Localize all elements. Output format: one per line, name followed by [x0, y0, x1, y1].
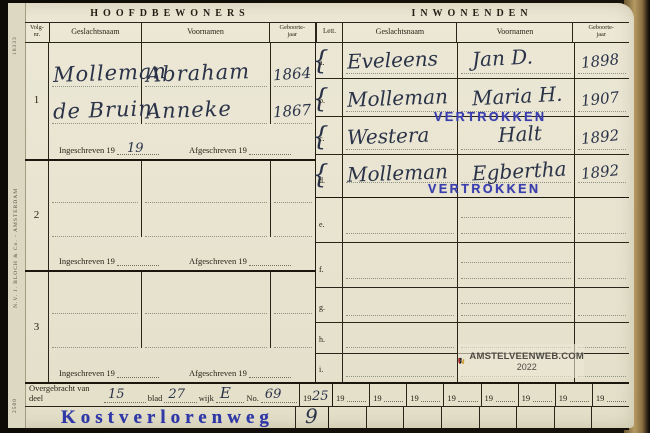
column-header-geslachtsnaam-left: Geslachtsnaam	[50, 22, 142, 42]
overgebracht-row: Overgebracht van deel 15 blad 27 wijk E …	[25, 384, 629, 407]
form-serial-number: 16333	[12, 36, 18, 55]
inwonende-row-g: g.	[316, 288, 629, 323]
name-entry: Anneke	[146, 97, 233, 124]
column-headers: Volg-nr. Geslachtsnaam Voornamen Geboort…	[25, 22, 629, 43]
column-header-geslachtsnaam-right: Geslachtsnaam	[343, 22, 457, 42]
year-entry: 1864	[272, 64, 311, 85]
section-titles: HOOFDBEWONERS INWONENDEN	[25, 5, 629, 23]
lett-label: b.	[319, 96, 325, 105]
inwonende-row-a: {a. Eveleens Jan D. 1898	[316, 42, 629, 79]
watermark-year: 2022	[469, 362, 584, 372]
register-page: 16333 N.V. J. BLOCH & Co. - AMSTERDAM 25…	[8, 3, 634, 428]
street-stamp: Kostverlorenweg	[61, 407, 274, 429]
name-entry: Abraham	[146, 59, 251, 87]
lett-label: h.	[319, 335, 325, 344]
volgnr-cell: 3	[25, 272, 49, 382]
inwonenden-title: INWONENDEN	[315, 5, 629, 22]
ingeschreven-field: Ingeschreven 19	[49, 362, 175, 382]
print-run-number: 2500	[12, 398, 18, 413]
column-header-geboortejaar-right: Geboorte-jaar	[573, 22, 629, 42]
year-entry: 1898	[580, 50, 620, 72]
lett-label: i.	[319, 365, 323, 374]
printer-imprint: N.V. J. BLOCH & Co. - AMSTERDAM	[13, 188, 19, 308]
inwonende-row-e: e.	[316, 198, 629, 243]
hoofdbewoner-block-1: 1 Molleman Abraham 1864 de Bruin Anneke …	[25, 42, 315, 161]
inwonende-row-f: f.	[316, 243, 629, 288]
lett-label: c.	[319, 134, 325, 143]
name-entry: Maria H.	[471, 82, 563, 111]
volgnr-cell: 1	[25, 42, 49, 159]
blad-value: 27	[168, 387, 185, 402]
name-entry: Westera	[347, 123, 430, 150]
lett-label: g.	[319, 303, 325, 312]
no-value: 69	[265, 387, 282, 402]
year-entry: 1867	[272, 101, 311, 122]
year-entry: 1892	[580, 126, 620, 148]
inwonende-row-b: {b. Molleman Maria H. 1907 VERTROKKEN	[316, 79, 629, 117]
ingeschreven-value: 19	[127, 141, 144, 156]
vertrokken-stamp: VERTROKKEN	[428, 182, 541, 196]
amstelveen-coat-of-arms-icon	[458, 347, 465, 375]
ingeschreven-field: Ingeschreven 19	[49, 250, 175, 270]
watermark: AMSTELVEENWEB.COM 2022	[458, 344, 584, 378]
afgeschreven-field: Afgeschreven 19	[175, 139, 315, 159]
deel-value: 15	[108, 387, 125, 402]
year-entry: 1892	[580, 161, 620, 183]
lett-label: d.	[319, 176, 325, 185]
lett-label: f.	[319, 265, 324, 274]
overgebracht-label: Overgebracht van deel	[29, 383, 102, 403]
column-header-volgnr: Volg-nr.	[25, 22, 50, 42]
year-field: 19 25	[299, 384, 333, 406]
overgebracht-field: Overgebracht van deel 15 blad 27 wijk E …	[25, 384, 299, 406]
binding-strip: 16333 N.V. J. BLOCH & Co. - AMSTERDAM 25…	[8, 3, 26, 428]
year-repeat-cells: 19 19 19 19 19 19 19 19	[333, 384, 629, 406]
column-header-lett: Lett.	[316, 22, 344, 42]
name-entry: Jan D.	[471, 45, 533, 72]
street-row: Kostverlorenweg 9	[25, 407, 629, 430]
afgeschreven-field: Afgeschreven 19	[175, 362, 315, 382]
afgeschreven-field: Afgeschreven 19	[175, 250, 315, 270]
name-entry: Eveleens	[347, 47, 439, 74]
wijk-value: E	[220, 384, 231, 402]
vertrokken-stamp: VERTROKKEN	[434, 110, 547, 124]
ingeschreven-field: Ingeschreven 19 19	[49, 139, 175, 159]
column-header-geboortejaar-left: Geboorte-jaar	[270, 22, 316, 42]
scanned-register-card: 16333 N.V. J. BLOCH & Co. - AMSTERDAM 25…	[0, 0, 650, 433]
hoofdbewoner-block-3: 3	[25, 272, 315, 382]
year-value: 25	[312, 389, 329, 404]
inwonende-row-d: {d. Molleman Egbertha 1892 VERTROKKEN	[316, 155, 629, 198]
name-entry: Molleman	[347, 84, 449, 112]
hoofdbewoner-block-2: 2	[25, 161, 315, 273]
watermark-site: AMSTELVEENWEB.COM	[469, 351, 584, 362]
name-entry: Halt	[497, 121, 542, 147]
bottom-band: Overgebracht van deel 15 blad 27 wijk E …	[25, 382, 629, 428]
column-header-voornamen-right: Voornamen	[457, 22, 573, 42]
lett-label: a.	[319, 58, 325, 67]
year-entry: 1907	[580, 88, 620, 110]
hoofdbewoners-section: 1 Molleman Abraham 1864 de Bruin Anneke …	[25, 42, 316, 382]
volgnr-cell: 2	[25, 161, 49, 271]
hoofdbewoners-title: HOOFDBEWONERS	[25, 5, 315, 22]
inwonenden-section: {a. Eveleens Jan D. 1898 {b. Molleman Ma…	[316, 42, 629, 382]
lett-label: e.	[319, 220, 325, 229]
name-entry: de Bruin	[53, 96, 154, 123]
table-body: 1 Molleman Abraham 1864 de Bruin Anneke …	[25, 42, 629, 382]
column-header-voornamen-left: Voornamen	[142, 22, 270, 42]
year-below-value: 9	[305, 404, 318, 428]
